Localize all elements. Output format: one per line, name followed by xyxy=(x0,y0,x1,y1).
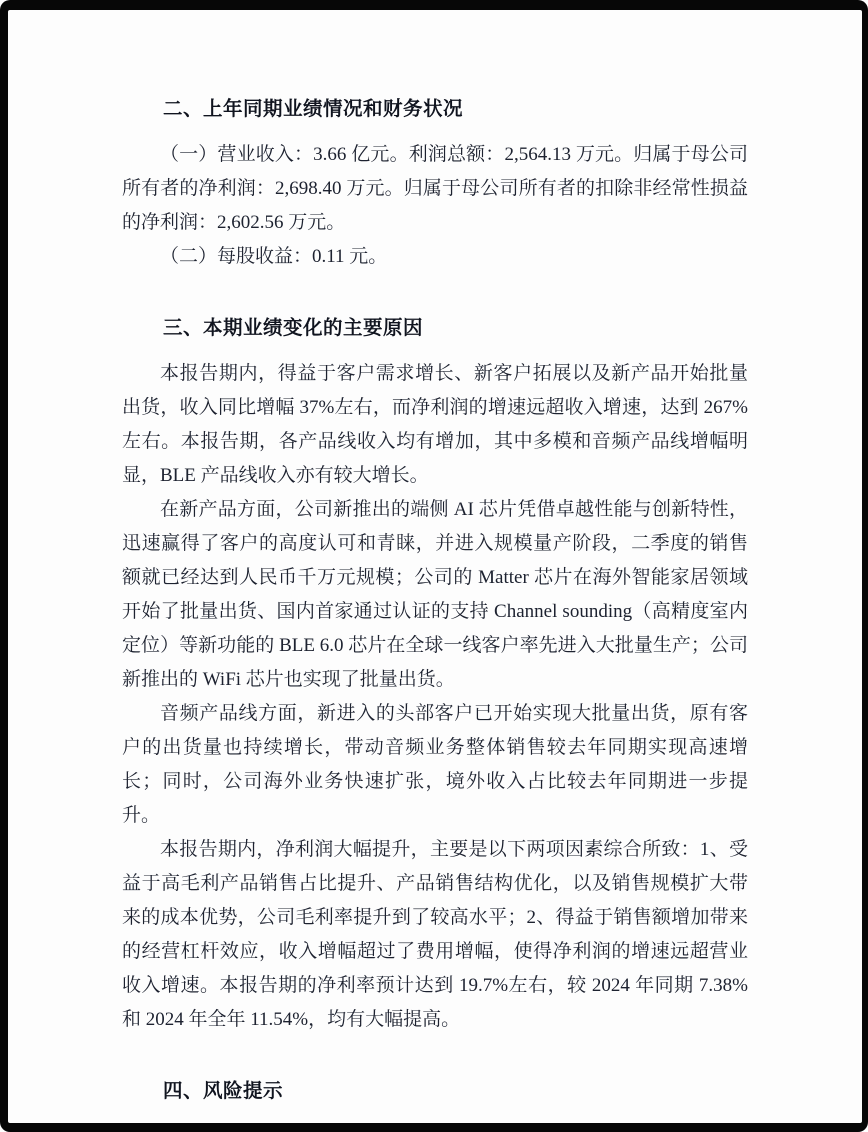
document-page: 二、上年同期业绩情况和财务状况 （一）营业收入：3.66 亿元。利润总额：2,5… xyxy=(8,10,862,1123)
paragraph-audio-line: 音频产品线方面，新进入的头部客户已开始实现大批量出货，原有客户的出货量也持续增长… xyxy=(122,697,748,833)
scan-frame: 二、上年同期业绩情况和财务状况 （一）营业收入：3.66 亿元。利润总额：2,5… xyxy=(0,0,868,1132)
paragraph-net-profit-factors: 本报告期内，净利润大幅提升，主要是以下两项因素综合所致：1、受益于高毛利产品销售… xyxy=(122,833,748,1037)
paragraph-eps: （二）每股收益：0.11 元。 xyxy=(122,240,748,274)
section-heading-2: 二、上年同期业绩情况和财务状况 xyxy=(122,92,748,126)
paragraph-growth-overview: 本报告期内，得益于客户需求增长、新客户拓展以及新产品开始批量出货，收入同比增幅 … xyxy=(122,357,748,493)
section-heading-3: 三、本期业绩变化的主要原因 xyxy=(122,311,748,345)
paragraph-new-products: 在新产品方面，公司新推出的端侧 AI 芯片凭借卓越性能与创新特性，迅速赢得了客户… xyxy=(122,493,748,697)
section-heading-4: 四、风险提示 xyxy=(122,1074,748,1108)
paragraph-revenue-profit: （一）营业收入：3.66 亿元。利润总额：2,564.13 万元。归属于母公司所… xyxy=(122,138,748,240)
